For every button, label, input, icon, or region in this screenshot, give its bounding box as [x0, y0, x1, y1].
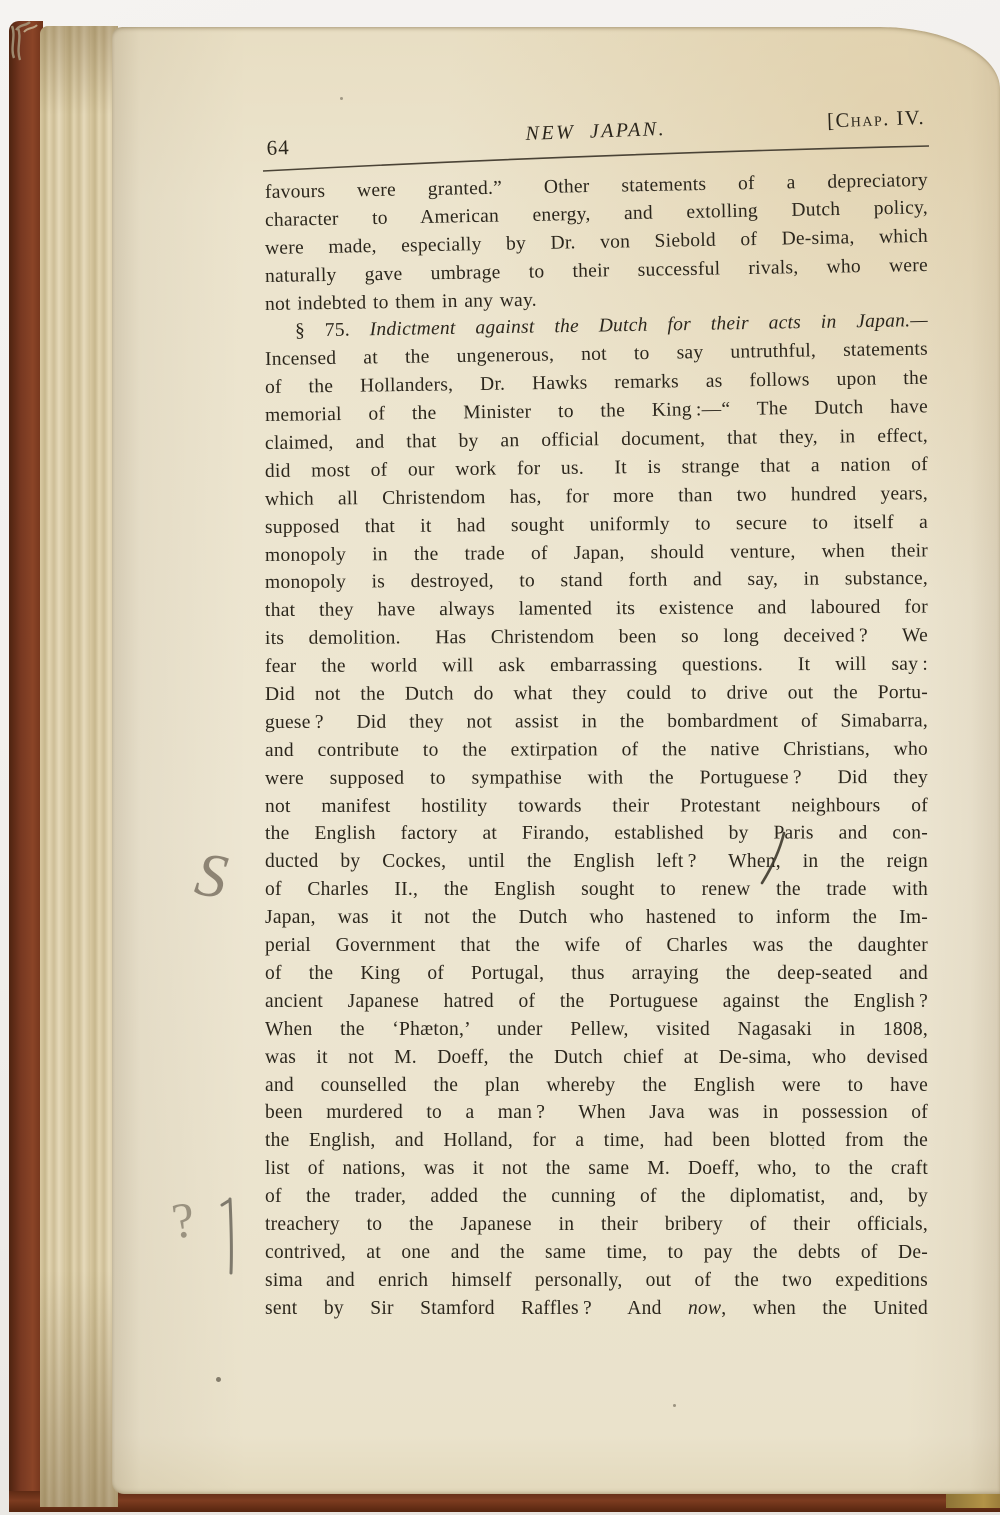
paper-speck: [812, 1147, 814, 1149]
text-line: guese ? Did they not assist in the bomba…: [265, 707, 928, 737]
book-cover-corner-detail: [946, 1493, 1000, 1508]
paper-speck: [673, 1404, 676, 1407]
text-line: and contribute to the extirpation of the…: [265, 736, 928, 765]
text-line: ducted by Cockes, until the English left…: [265, 848, 928, 876]
text-line: ancient Japanese hatred of the Portugues…: [265, 988, 928, 1016]
book-page: 64 NEW JAPAN. [Chap. IV. favours were gr…: [112, 27, 1000, 1494]
text-line: Did not the Dutch do what they could to …: [265, 679, 928, 709]
text-line: list of nations, was it not the same M. …: [265, 1155, 928, 1183]
text-line: fear the world will ask embarrassing que…: [265, 651, 928, 681]
photo-backdrop: 64 NEW JAPAN. [Chap. IV. favours were gr…: [0, 0, 1000, 1515]
text-line: the English factory at Firando, establis…: [265, 820, 928, 848]
text-line: supposed that it had sought uniformly to…: [265, 508, 928, 541]
text-line: contrived, at one and the same time, to …: [265, 1239, 928, 1267]
text-line: treachery to the Japanese in their bribe…: [265, 1211, 928, 1239]
text-line: the English, and Holland, for a time, ha…: [265, 1127, 928, 1155]
text-line: not manifest hostility towards their Pro…: [265, 792, 928, 821]
text-line: monopoly is destroyed, to stand forth an…: [265, 565, 928, 597]
text-line: of the trader, added the cunning of the …: [265, 1183, 928, 1211]
text-line: of the King of Portugal, thus arraying t…: [265, 960, 928, 988]
text-line: Japan, was it not the Dutch who hastened…: [265, 904, 928, 932]
paper-speck: [216, 1377, 221, 1382]
ink-correction-stroke: [740, 825, 800, 905]
pencil-stroke: [216, 1193, 246, 1281]
text-line: been murdered to a man ? When Java was i…: [265, 1099, 928, 1127]
text-line: its demolition. Has Christendom been so …: [265, 622, 928, 653]
text-line: perial Government that the wife of Charl…: [265, 932, 928, 960]
text-line: that they have always lamented its exist…: [265, 594, 928, 625]
text-line: sima and enrich himself personally, out …: [265, 1267, 928, 1295]
book-cover-spine: [9, 21, 43, 1512]
book-cover-bottom-edge: [9, 1491, 1000, 1512]
page-edge-stack: [40, 26, 118, 1507]
chapter-label: [Chap. IV.: [827, 107, 926, 133]
text-line: sent by Sir Stamford Raffles ? And now, …: [265, 1295, 928, 1323]
marginalia-query-mark: ?: [169, 1194, 197, 1246]
paper-speck: [340, 97, 343, 100]
text-line: were supposed to sympathise with the Por…: [265, 764, 928, 793]
text-line: When the ‘Phæton,’ under Pellew, visited…: [265, 1016, 928, 1044]
text-line: was it not M. Doeff, the Dutch chief at …: [265, 1044, 928, 1072]
text-line: and counselled the plan whereby the Engl…: [265, 1072, 928, 1100]
body-text: favours were granted.” Other statements …: [265, 179, 928, 1323]
text-line: of Charles II., the English sought to re…: [265, 876, 928, 904]
marginalia-s-mark: S: [191, 843, 231, 909]
